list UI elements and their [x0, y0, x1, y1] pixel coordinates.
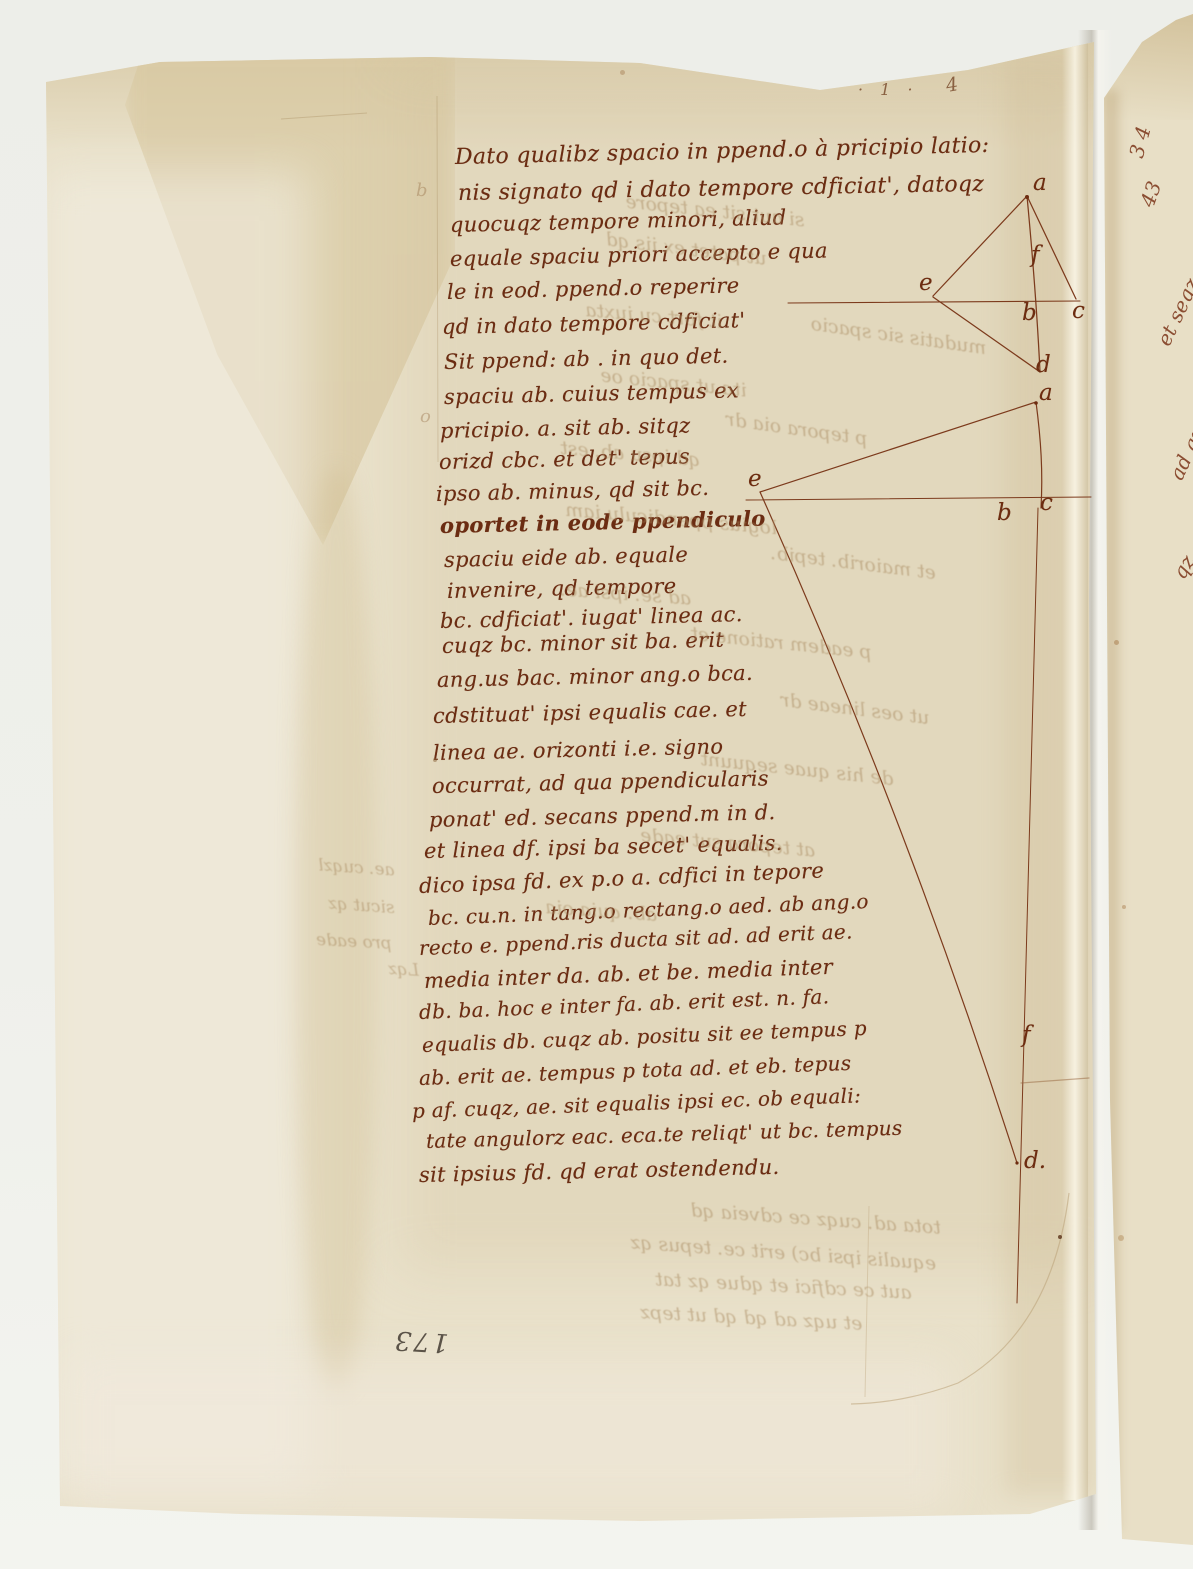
margin-faint-mark: b: [416, 180, 428, 201]
upper-label-d: d: [1036, 352, 1051, 378]
right-column-tint: [1004, 55, 1092, 1495]
margin-faint-mark: o: [420, 406, 431, 427]
bottom-pale-region: [70, 1360, 950, 1510]
handwritten-line: spaciu eide ab. equale: [444, 544, 689, 571]
corner-dot-marks: · 1 ·: [858, 80, 919, 99]
left-pale-region: [40, 170, 310, 1490]
foxing-spot: [1122, 905, 1126, 909]
left-stain-streak: [296, 470, 376, 1390]
upper-label-e: e: [919, 270, 933, 296]
showthrough-left-margin: pro eade: [316, 930, 393, 954]
foxing-spot: [620, 70, 625, 75]
foxing-spot: [433, 758, 437, 762]
upper-left-water-stain: [125, 45, 455, 545]
lower-label-c: c: [1040, 490, 1053, 516]
lower-label-a: a: [1039, 380, 1053, 406]
page-number: 173: [392, 1325, 449, 1358]
lower-label-e: e: [748, 466, 762, 492]
lower-label-b: b: [997, 500, 1012, 526]
facing-top-toned-band: [1100, 10, 1193, 120]
upper-label-b: b: [1022, 300, 1037, 326]
upper-label-a: a: [1033, 170, 1047, 196]
upper-label-c: c: [1072, 298, 1085, 324]
showthrough-left-margin: Lqz: [387, 959, 419, 981]
lower-label-f: f: [1022, 1022, 1031, 1048]
upper-label-f: f: [1031, 242, 1040, 268]
foxing-spot: [1114, 640, 1119, 645]
manuscript-photo: Dato qualibz spacio in ppend.o à pricipi…: [0, 0, 1193, 1569]
lower-label-d: d.: [1024, 1148, 1046, 1174]
fold-highlight: [1062, 40, 1088, 1500]
foxing-spot: [1118, 1235, 1124, 1241]
